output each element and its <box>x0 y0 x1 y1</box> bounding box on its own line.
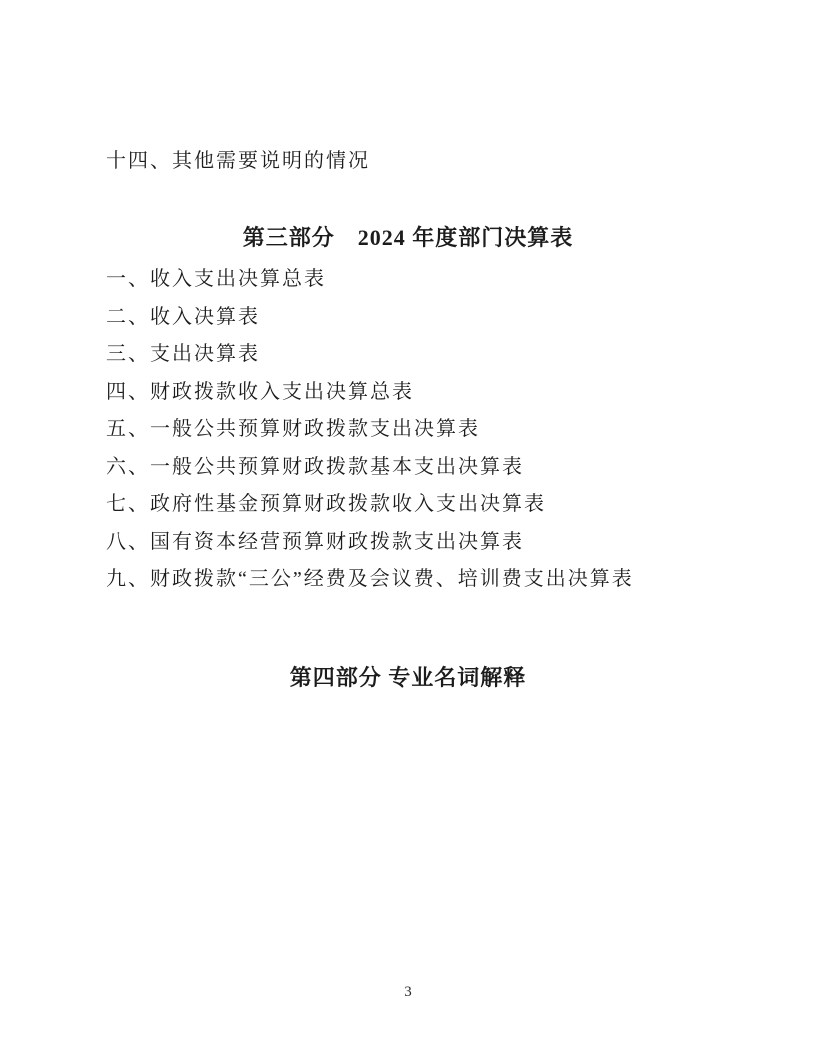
toc-item: 一、收入支出决算总表 <box>106 261 756 299</box>
page-number: 3 <box>0 984 816 1001</box>
section4-title: 第四部分 专业名词解释 <box>0 661 816 692</box>
document-page: 十四、其他需要说明的情况 第三部分 2024 年度部门决算表 一、收入支出决算总… <box>0 0 816 1056</box>
toc-item: 五、一般公共预算财政拨款支出决算表 <box>106 411 756 449</box>
toc-item: 九、财政拨款“三公”经费及会议费、培训费支出决算表 <box>106 561 756 599</box>
toc-list: 一、收入支出决算总表 二、收入决算表 三、支出决算表 四、财政拨款收入支出决算总… <box>106 261 756 599</box>
toc-item: 三、支出决算表 <box>106 336 756 374</box>
toc-item: 六、一般公共预算财政拨款基本支出决算表 <box>106 449 756 487</box>
toc-item: 二、收入决算表 <box>106 299 756 337</box>
section3-title: 第三部分 2024 年度部门决算表 <box>0 221 816 252</box>
toc-item: 八、国有资本经营预算财政拨款支出决算表 <box>106 524 756 562</box>
toc-item: 七、政府性基金预算财政拨款收入支出决算表 <box>106 486 756 524</box>
toc-item: 四、财政拨款收入支出决算总表 <box>106 374 756 412</box>
intro-line: 十四、其他需要说明的情况 <box>106 147 736 175</box>
